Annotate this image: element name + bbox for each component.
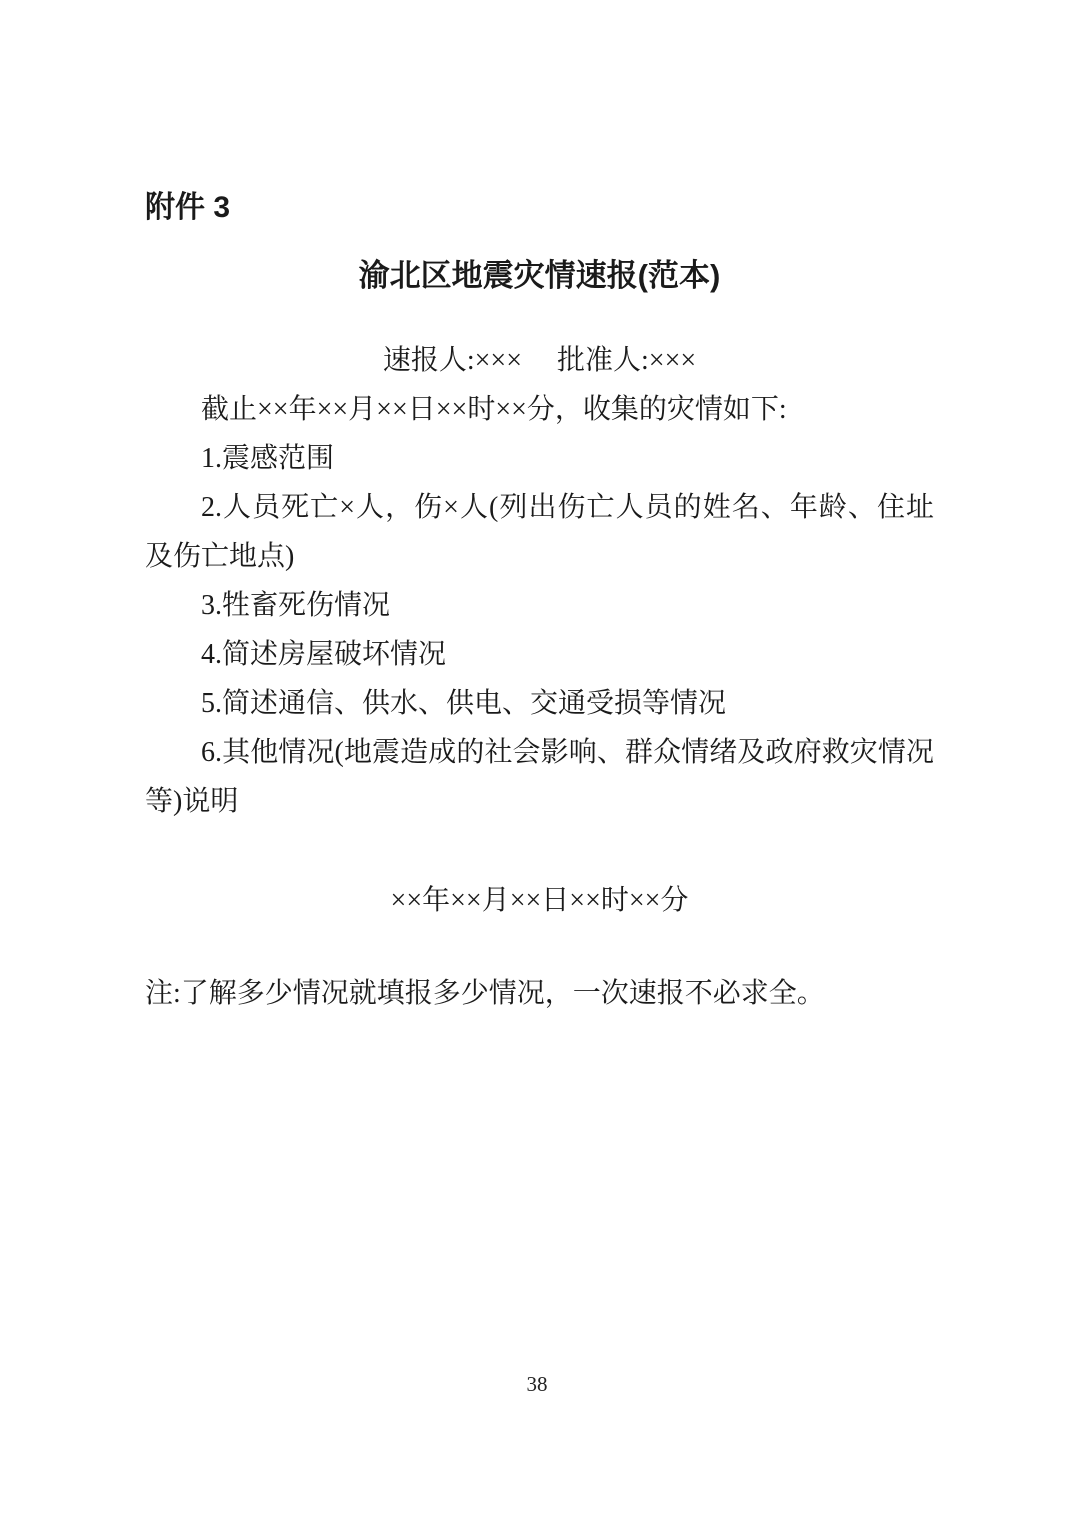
document-page: 附件 3 渝北区地震灾情速报(范本) 速报人:××× 批准人:××× 截止××年… <box>0 0 1074 1520</box>
attachment-label: 附件 3 <box>145 190 934 226</box>
date-line: ××年××月××日××时××分 <box>145 876 934 925</box>
list-item-1: 1.震感范围 <box>145 434 934 483</box>
intro-line: 截止××年××月××日××时××分，收集的灾情如下: <box>145 385 934 434</box>
page-number: 38 <box>0 1372 1074 1397</box>
list-item-5: 5.简述通信、供水、供电、交通受损等情况 <box>145 679 934 728</box>
list-item-4: 4.简述房屋破坏情况 <box>145 630 934 679</box>
note-line: 注:了解多少情况就填报多少情况，一次速报不必求全。 <box>145 969 934 1018</box>
list-item-6: 6.其他情况(地震造成的社会影响、群众情绪及政府救灾情况等)说明 <box>145 728 934 826</box>
list-item-2: 2.人员死亡×人，伤×人(列出伤亡人员的姓名、年龄、住址及伤亡地点) <box>145 483 934 581</box>
page-title: 渝北区地震灾情速报(范本) <box>145 254 934 298</box>
reporter-approver-line: 速报人:××× 批准人:××× <box>145 336 934 385</box>
list-item-3: 3.牲畜死伤情况 <box>145 581 934 630</box>
